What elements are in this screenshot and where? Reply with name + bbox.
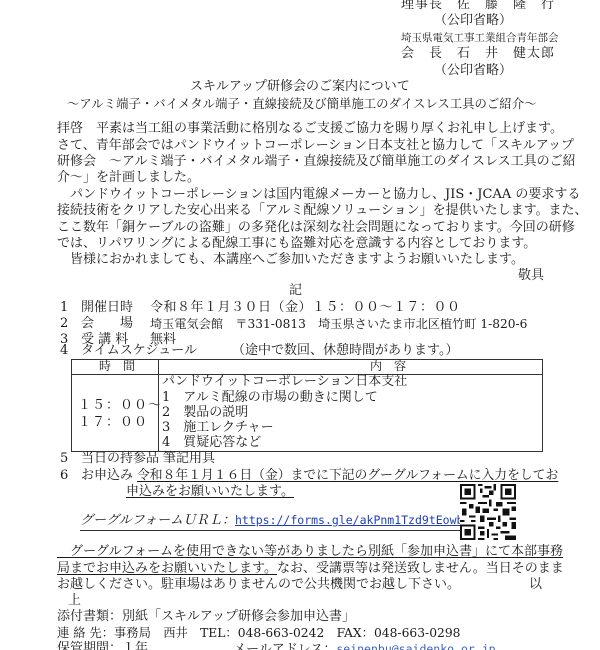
body-line: ここ数年「銅ケーブルの盗難」の多発化は深刻な社会問題になっております。今回の研修 [57,220,575,236]
google-form-url-line: グーグルフォームＵＲＬ：https://forms.gle/akPnm1Tzd9… [80,512,477,531]
page-title: スキルアップ研修会のご案内について [190,79,410,95]
item-label: 開催日時 [81,300,133,316]
item-label: 会 場 [81,316,133,332]
qr-code-icon[interactable] [460,484,516,540]
body-line: 研修会 ～アルミ端子・バイメタル端子・直線接続及び簡単施工のダイスレス工具のご紹 [57,154,576,170]
item-note: （途中で数回、休憩時間があります。） [232,343,458,359]
item-label: お申込み [81,468,133,484]
closing-ijo: 以 [529,577,542,593]
schedule-time-end: １７：００ [78,415,148,431]
notes-line: 局までお申込みをお願いいたします。なお、受講票等は発送致しません。当日そのまま [57,561,564,577]
item-number: 1 [60,300,68,316]
notes-line-underlined: 局までお申込みをお願いいたします。 [57,561,277,576]
attachment-line: 添付書類：別紙「スキルアップ研修会参加申込書」 [57,609,355,625]
schedule-time-start: １５：００～ [78,398,162,414]
notes-line-rest: なお、受講票等は発送致しません。当日そのまま [277,561,564,576]
page-subtitle: ～アルミ端子・バイメタル端子・直線接続及び簡単施工のダイスレス工具のご紹介～ [67,96,536,112]
application-deadline-cont: 申込みをお願いいたします。 [126,484,294,500]
google-form-link[interactable]: https://forms.gle/akPnm1Tzd9tEowbV9 [235,513,477,527]
body-line: 介～」を計画しました。 [57,170,200,186]
seal-omitted: （公印省略） [434,63,512,79]
chairman-line: 理事長 佐 藤 隆 行 [401,0,555,13]
body-line: 皆様におかれましても、本講座へご参加いただきますようお願いいたします。 [57,252,524,268]
schedule-table: 時 間 内 容 １５：００～ １７：００ パンドウイットコーポレーション日本支社… [71,359,543,452]
item-label: 当日の持参品 [81,451,159,467]
item-value-datetime: 令和８年１月３０日（金）１５：００～１７：００ [150,300,461,316]
item-value-bring: 筆記用具 [163,451,215,467]
email-label: メールアドレス： [233,642,336,650]
body-line: パンドウイットコーポレーションは国内電線メーカーと協力し、JIS・JCAA の要… [57,187,580,203]
item-number: 6 [60,468,68,484]
ki-heading: 記 [289,283,302,299]
president-line: 会 長 石 井 健太郎 [401,46,555,62]
body-line: 接続技術をクリアした安心出来る「アルミ配線ソリューション」を提供いたします。また… [57,203,588,219]
email-line: メールアドレス：seinenbu@saidenko.or.jp [233,641,496,650]
body-line: 拝啓 平素は当工組の事業活動に格別なるご支援ご協力を賜り厚くお礼申し上げます。 [57,121,563,137]
item-number: 2 [60,316,68,332]
schedule-content-line: 3 施工レクチャー [162,420,274,436]
schedule-content-line: 2 製品の説明 [162,405,248,421]
notes-line-underlined: グーグルフォームを使用できない等がありましたら別紙「参加申込書」にて本部事務 [57,544,563,559]
notes-line: お越しください。駐車場はありませんので公共機関でお越し下さい。 [57,577,460,593]
schedule-content-line: 4 質疑応答など [162,435,261,451]
application-deadline: 令和８年１月１６日（金）までに下記のグーグルフォームに入力をしてお [137,468,558,484]
closing-ijo: 上 [68,593,81,609]
item-label: タイムスケジュール [81,343,197,359]
email-link[interactable]: seinenbu@saidenko.or.jp [336,642,495,650]
schedule-header-row [72,360,542,375]
schedule-header-time: 時 間 [99,359,135,373]
item-value-venue: 埼玉電気会館 〒331-0813 埼玉県さいたま市北区植竹町 1-820-6 [150,316,527,332]
retention-line: 保管期間：１年 [57,641,148,650]
item-number: 4 [60,343,68,359]
notes-line: グーグルフォームを使用できない等がありましたら別紙「参加申込書」にて本部事務 [57,544,563,560]
schedule-content-line: 1 アルミ配線の市場の動きに関して [162,390,378,406]
closing-keigu: 敬具 [518,268,544,284]
schedule-content-line: パンドウイットコーポレーション日本支社 [162,374,407,390]
contact-line: 連 絡 先：事務局 西井 TEL：048-663-0242 FAX：048-66… [57,625,461,641]
body-line: では、リパワリングによる配線工事にも盗難対応を意識する内容としております。 [57,236,536,252]
body-line: さて、青年部会ではパンドウイットコーポレーション日本支社と協力して「スキルアップ [57,138,574,154]
google-form-label: グーグルフォームＵＲＬ： [80,513,235,528]
item-number: 5 [60,451,68,467]
seal-omitted: （公印省略） [434,13,512,29]
org-name: 埼玉県電気工事工業組合青年部会 [401,31,559,45]
schedule-header-content: 内 容 [370,359,406,373]
